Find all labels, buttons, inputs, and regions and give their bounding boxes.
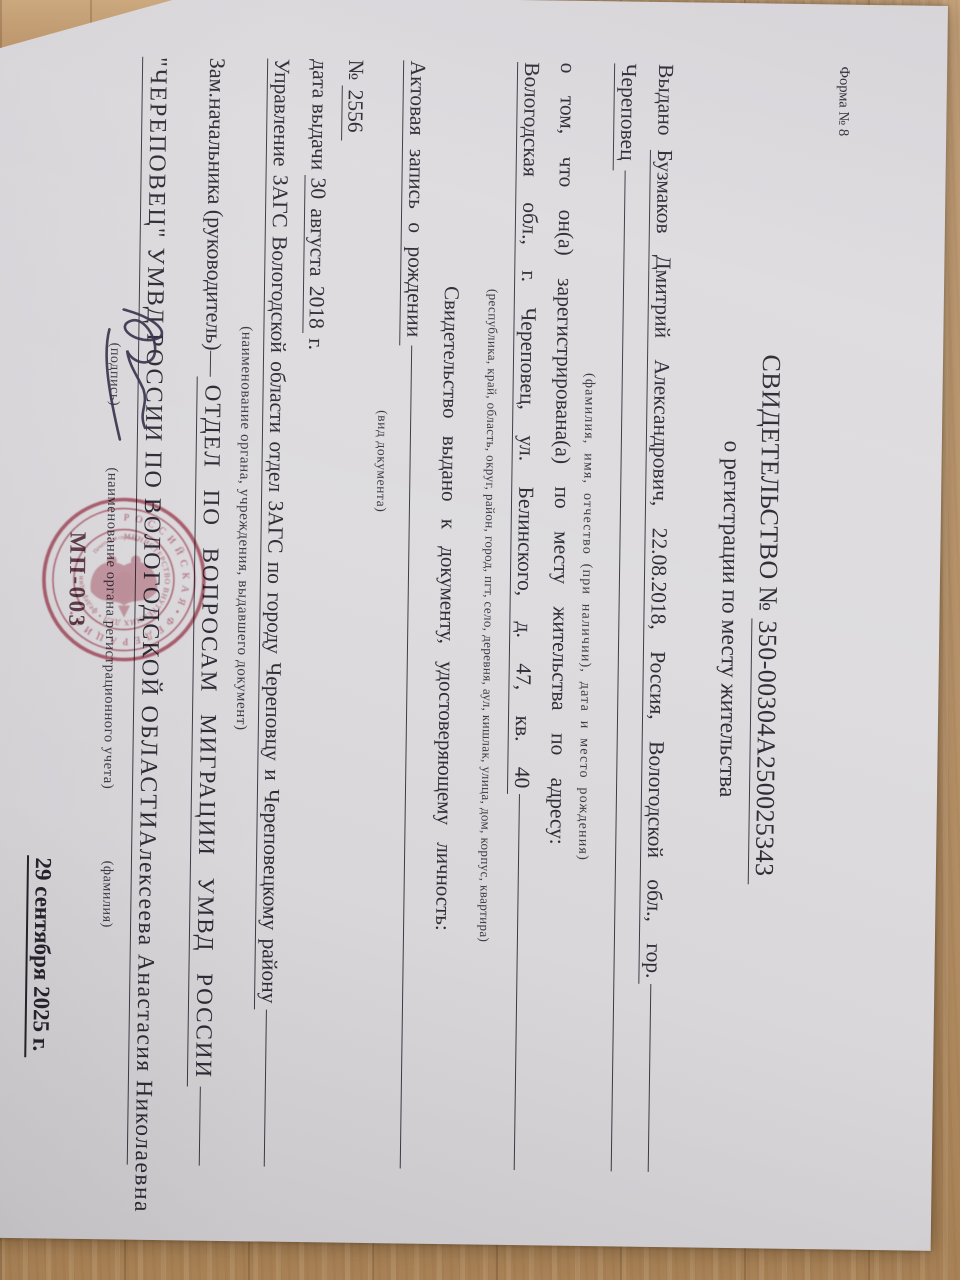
issue-date-label: дата выдачи <box>307 59 333 176</box>
caption-surname: (фамилия) <box>97 824 116 964</box>
record-number-line: № 2556 <box>327 60 369 1168</box>
record-number-label: № <box>344 60 368 86</box>
stamp-small-text: Печать для справок <box>93 535 139 555</box>
photo-of-document: { "document": { "form_label": "Форма № 8… <box>0 0 960 1280</box>
document-title: СВИДЕТЕЛЬСТВО № 350-00304А250025343 <box>743 65 791 1173</box>
issued-city-value: Череповец <box>613 63 642 171</box>
caption-doc-kind: (вид документа) <box>363 410 390 1168</box>
address-value: Вологодская обл., г. Череповец, ул. Бели… <box>507 62 545 795</box>
form-number-label: Форма № 8 <box>820 66 854 1174</box>
issue-date-value: 30 августа 2018 <box>302 175 330 333</box>
identity-doc-type: Актовая запись о рождении <box>399 60 431 345</box>
ruled-line <box>400 345 412 1168</box>
ruled-line <box>264 1009 267 1166</box>
issued-to-line-2: Череповец <box>599 63 642 1171</box>
document-paper: Форма № 8 СВИДЕТЕЛЬСТВО № 350-00304А2500… <box>0 0 948 1251</box>
ruled-line <box>611 171 626 1172</box>
ruled-line <box>648 984 652 1172</box>
issue-date-line: дата выдачи 30 августа 2018 г. <box>291 59 333 1167</box>
record-number-value: 2556 <box>341 85 368 140</box>
certificate-number: 350-00304А250025343 <box>748 618 783 884</box>
title-prefix: СВИДЕТЕЛЬСТВО № <box>753 354 786 618</box>
issue-date-suffix: г. <box>304 333 328 350</box>
caption-issuing-org: (наименование органа, учреждения, выдавш… <box>225 326 255 1166</box>
handwritten-date: 29 сентября 2025 г. <box>24 855 56 1057</box>
issued-person-value: Бузмаков Дмитрий Александрович, 22.08.20… <box>638 149 678 984</box>
identity-intro-line: Свидетельство выдано к документу, удосто… <box>426 286 465 1169</box>
issuing-org-value: Управление ЗАГС Вологодской области отде… <box>254 59 295 1010</box>
issuing-org-line: Управление ЗАГС Вологодской области отде… <box>252 59 295 1167</box>
registration-org-caps-1: ОТДЕЛ ПО ВОПРОСАМ МИГРАЦИИ УМВД РОССИИ <box>187 377 227 1088</box>
signature <box>88 299 186 450</box>
issued-label: Выдано <box>651 64 679 136</box>
official-title-label: Зам.начальника (руководитель) <box>200 58 232 351</box>
coat-of-arms-icon <box>90 555 157 617</box>
identity-doc-line: Актовая запись о рождении <box>388 60 431 1168</box>
issued-to-line: Выдано Бузмаков Дмитрий Александрович, 2… <box>636 64 679 1172</box>
ruled-line <box>199 1087 201 1166</box>
address-line: Вологодская обл., г. Череповец, ул. Бели… <box>502 62 545 1170</box>
official-name: Алексеева Анастасия Николаевна <box>127 830 162 1213</box>
official-stamp: Р О С С И Й С К А Я • Ф Е Д Е Р А Ц И Я … <box>38 493 211 666</box>
document-subtitle: о регистрации по месту жительства <box>706 65 751 1173</box>
ruled-line <box>514 794 520 1170</box>
caption-address-fields: (республика, край, область, округ, район… <box>472 62 504 1170</box>
